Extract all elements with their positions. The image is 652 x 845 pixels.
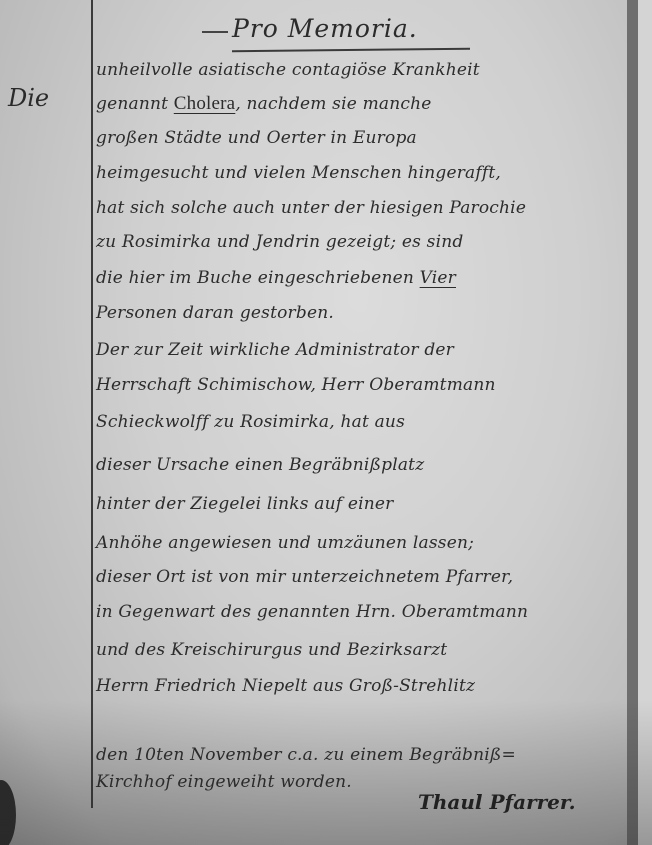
text-line: großen Städte und Oerter in Europa	[96, 128, 417, 148]
text-line: hat sich solche auch unter der hiesigen …	[96, 198, 526, 218]
margin-initial-word: Die	[8, 84, 49, 112]
text-line: Kirchhof eingeweiht worden.	[96, 772, 352, 792]
text-line: heimgesucht und vielen Menschen hingeraf…	[96, 163, 501, 183]
text-line: Herrschaft Schimischow, Herr Oberamtmann	[96, 375, 496, 395]
text-line: Personen daran gestorben.	[96, 303, 334, 323]
text-line: zu Rosimirka und Jendrin gezeigt; es sin…	[96, 232, 463, 252]
text-line: Schieckwolff zu Rosimirka, hat aus	[96, 412, 405, 432]
signature: Thaul Pfarrer.	[418, 790, 576, 814]
margin-rule	[91, 0, 93, 808]
manuscript-body: unheilvolle asiatische contagiöse Krankh…	[96, 0, 626, 845]
text-line: die hier im Buche eingeschriebenen Vier	[96, 268, 456, 288]
scan-shadow	[0, 780, 16, 845]
emphasized-word: Cholera	[174, 93, 236, 114]
text-line: und des Kreischirurgus und Bezirksarzt	[96, 640, 447, 660]
manuscript-page: Pro Memoria. Die unheilvolle asiatische …	[0, 0, 652, 845]
text-line: unheilvolle asiatische contagiöse Krankh…	[96, 60, 480, 80]
text-line: hinter der Ziegelei links auf einer	[96, 494, 394, 514]
text-line: genannt Cholera, nachdem sie manche	[96, 93, 432, 115]
emphasized-word: Vier	[420, 268, 456, 288]
binding-shadow	[627, 0, 638, 845]
text-line: in Gegenwart des genannten Hrn. Oberamtm…	[96, 602, 528, 622]
text-line: Herrn Friedrich Niepelt aus Groß-Strehli…	[96, 676, 475, 696]
text-line: Anhöhe angewiesen und umzäunen lassen;	[96, 533, 474, 553]
text-line: dieser Ursache einen Begräbnißplatz	[96, 455, 424, 475]
adjacent-page-edge	[638, 0, 652, 845]
text-line: Der zur Zeit wirkliche Administrator der	[96, 340, 454, 360]
text-line: den 10ten November c.a. zu einem Begräbn…	[96, 745, 516, 765]
text-line: dieser Ort ist von mir unterzeichnetem P…	[96, 567, 513, 587]
